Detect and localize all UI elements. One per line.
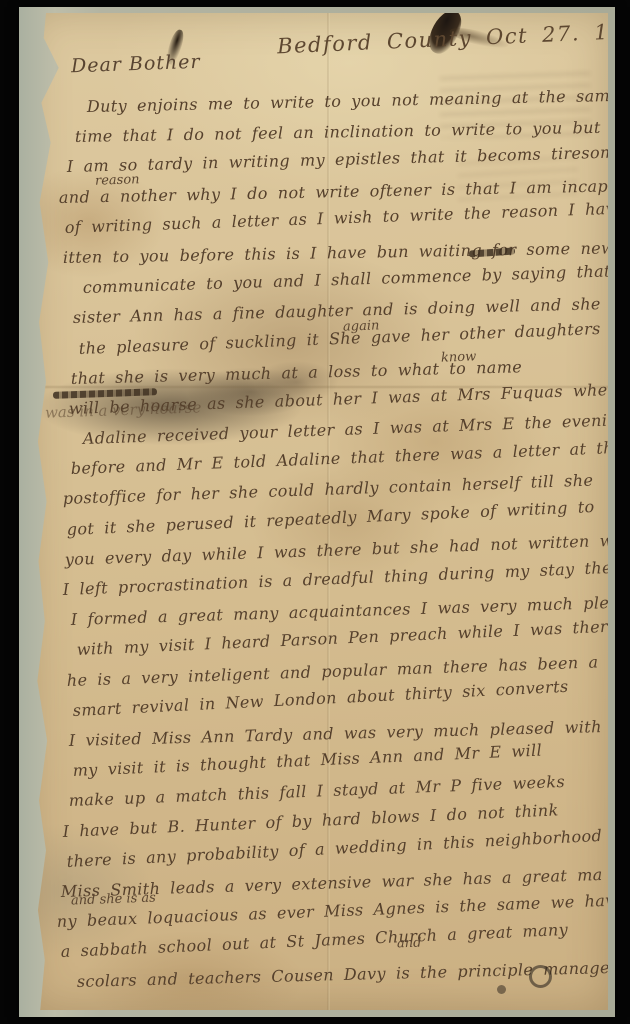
inserted-word: and (397, 936, 422, 952)
letter-paper: Bedford County Oct 27. 1839 Dear Bother … (31, 13, 608, 1010)
inserted-word: again (343, 318, 380, 334)
inserted-word: and she is as (71, 891, 156, 909)
photo-background: Bedford County Oct 27. 1839 Dear Bother … (0, 0, 630, 1024)
inserted-word: reason (95, 172, 140, 189)
salutation: Dear Bother (71, 51, 201, 78)
ink-dot-mark (497, 985, 506, 994)
circular-ink-mark (529, 965, 552, 988)
letter-body: Duty enjoins me to write to you not mean… (57, 97, 602, 1003)
inserted-word: know (441, 349, 477, 365)
